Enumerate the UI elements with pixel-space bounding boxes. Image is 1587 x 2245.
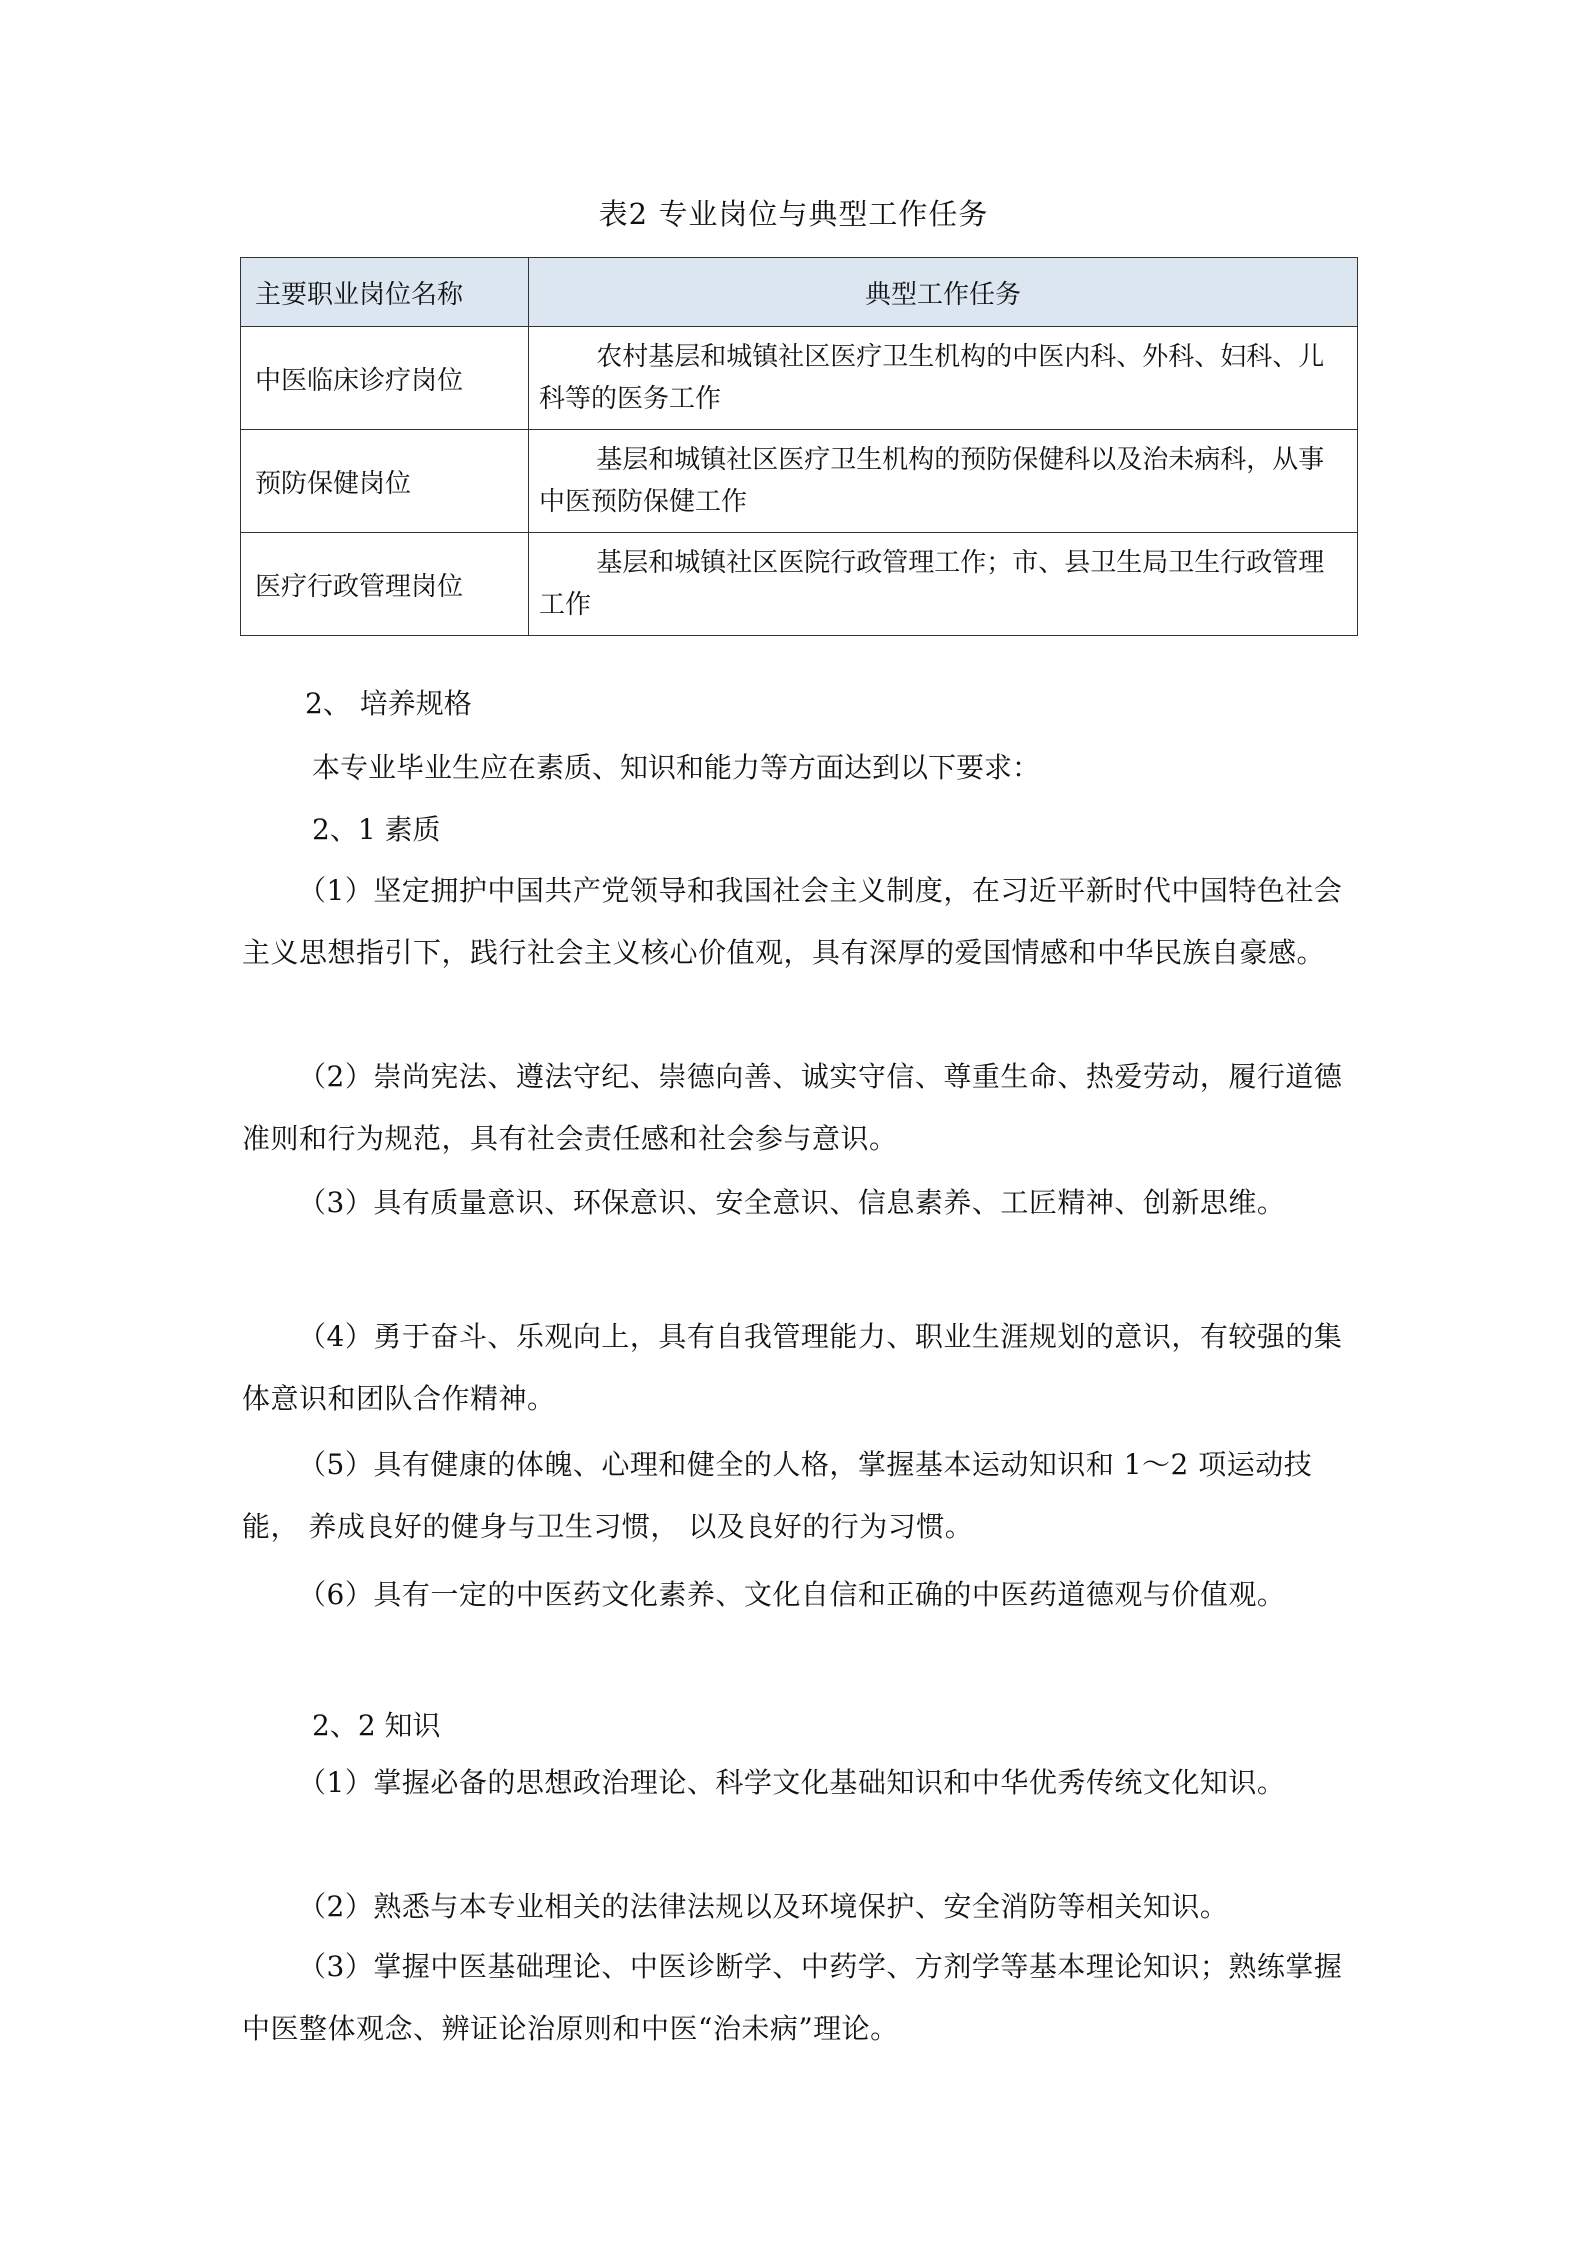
table-caption: 表2 专业岗位与典型工作任务: [0, 192, 1587, 233]
job-name: 中医临床诊疗岗位: [241, 327, 529, 430]
document-page: 表2 专业岗位与典型工作任务 主要职业岗位名称 典型工作任务 中医临床诊疗岗位 …: [0, 0, 1587, 2245]
section-heading: 2、 培养规格: [305, 682, 472, 722]
quality-item: （2）崇尚宪法、遵法守纪、崇德向善、诚实守信、尊重生命、热爱劳动，履行道德准则和…: [242, 1046, 1354, 1170]
table-row: 医疗行政管理岗位 基层和城镇社区医院行政管理工作；市、县卫生局卫生行政管理工作: [241, 533, 1358, 636]
job-task: 基层和城镇社区医疗卫生机构的预防保健科以及治未病科，从事中医预防保健工作: [529, 430, 1358, 533]
job-task-table: 主要职业岗位名称 典型工作任务 中医临床诊疗岗位 农村基层和城镇社区医疗卫生机构…: [240, 257, 1358, 636]
knowledge-heading: 2、2 知识: [312, 1704, 441, 1744]
knowledge-item: （1）掌握必备的思想政治理论、科学文化基础知识和中华优秀传统文化知识。: [242, 1752, 1354, 1814]
job-name: 预防保健岗位: [241, 430, 529, 533]
header-job-name: 主要职业岗位名称: [241, 258, 529, 327]
job-name: 医疗行政管理岗位: [241, 533, 529, 636]
quality-item: （6）具有一定的中医药文化素养、文化自信和正确的中医药道德观与价值观。: [242, 1564, 1354, 1626]
quality-item: （4）勇于奋斗、乐观向上，具有自我管理能力、职业生涯规划的意识，有较强的集体意识…: [242, 1306, 1354, 1430]
section-intro: 本专业毕业生应在素质、知识和能力等方面达到以下要求：: [312, 746, 1040, 786]
knowledge-item: （3）掌握中医基础理论、中医诊断学、中药学、方剂学等基本理论知识；熟练掌握中医整…: [242, 1936, 1354, 2060]
table-row: 预防保健岗位 基层和城镇社区医疗卫生机构的预防保健科以及治未病科，从事中医预防保…: [241, 430, 1358, 533]
quality-item: （3）具有质量意识、环保意识、安全意识、信息素养、工匠精神、创新思维。: [242, 1172, 1354, 1234]
quality-item: （1）坚定拥护中国共产党领导和我国社会主义制度，在习近平新时代中国特色社会主义思…: [242, 860, 1354, 984]
header-typical-task: 典型工作任务: [529, 258, 1358, 327]
job-task: 农村基层和城镇社区医疗卫生机构的中医内科、外科、妇科、儿科等的医务工作: [529, 327, 1358, 430]
quality-heading: 2、1 素质: [312, 808, 441, 848]
job-task: 基层和城镇社区医院行政管理工作；市、县卫生局卫生行政管理工作: [529, 533, 1358, 636]
table-header-row: 主要职业岗位名称 典型工作任务: [241, 258, 1358, 327]
table-row: 中医临床诊疗岗位 农村基层和城镇社区医疗卫生机构的中医内科、外科、妇科、儿科等的…: [241, 327, 1358, 430]
knowledge-item: （2）熟悉与本专业相关的法律法规以及环境保护、安全消防等相关知识。: [242, 1876, 1354, 1938]
quality-item: （5）具有健康的体魄、心理和健全的人格，掌握基本运动知识和 1～2 项运动技能，…: [242, 1434, 1354, 1558]
